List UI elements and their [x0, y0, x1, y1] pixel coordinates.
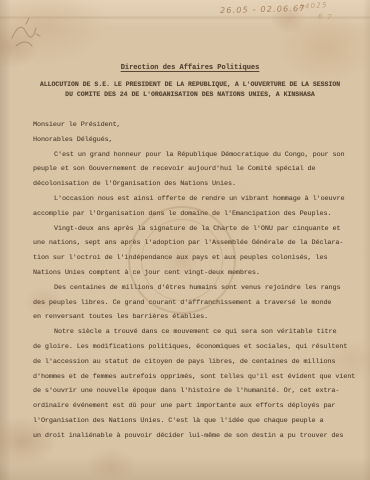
department-heading: Direction des Affaires Politiques — [33, 64, 347, 72]
typed-line: des peuples libres. Ce grand courant d'a… — [33, 296, 347, 311]
typed-line: L'occasion nous est ainsi offerte de ren… — [33, 192, 347, 207]
typed-line: Nations Unies comptent à ce jour cent vi… — [33, 266, 347, 281]
typed-line: Monsieur le Président, — [33, 118, 347, 133]
document-title-line1: ALLOCUTION DE S.E. LE PRESIDENT DE LA RE… — [33, 80, 347, 90]
typed-line: un droit inaliénable à pouvoir décider l… — [33, 429, 347, 444]
handwritten-code: A4025 — [299, 1, 328, 11]
pencil-scribble — [6, 8, 58, 54]
typed-line: accomplie par l'Organisation dans le dom… — [33, 207, 347, 222]
typed-line: de s'ouvrir une nouvelle époque dans l'h… — [33, 384, 347, 399]
typed-line: de gloire. Les modifications politiques,… — [33, 340, 347, 355]
document-content: Direction des Affaires Politiques ALLOCU… — [33, 64, 347, 444]
department-heading-text: Direction des Affaires Politiques — [121, 64, 260, 72]
typed-line: décolonisation de l'Organisation des Nat… — [33, 177, 347, 192]
typed-line: en renversant toutes les barrières établ… — [33, 310, 347, 325]
document-title-line2: DU COMITE DES 24 DE L'ORGANISATION DES N… — [33, 90, 347, 100]
handwritten-date: 26.05 - 02.06.67 — [220, 4, 306, 15]
typed-line: C'est un grand honneur pour la Républiqu… — [33, 148, 347, 163]
document-body: Monsieur le Président,Honorables Délégué… — [33, 118, 347, 444]
typed-line: tion sur l'octroi de l'indépendance aux … — [33, 251, 347, 266]
handwritten-code-secondary: 6 7 — [318, 12, 333, 21]
typed-line: l'Organisation des Nations Unies. C'est … — [33, 414, 347, 429]
typed-line: Vingt-deux ans après la signature de la … — [33, 222, 347, 237]
scanned-document-page: 26.05 - 02.06.67 A4025 6 7 Direction des… — [0, 0, 370, 480]
typed-line: une nations, sept ans après l'adoption p… — [33, 236, 347, 251]
typed-line: de l'accession au statut de citoyen de p… — [33, 355, 347, 370]
typed-line: ordinaire événement est dû pour une part… — [33, 399, 347, 414]
document-title: ALLOCUTION DE S.E. LE PRESIDENT DE LA RE… — [33, 80, 347, 99]
typed-line: peuple et son Gouvernement de recevoir a… — [33, 162, 347, 177]
typed-line: Des centaines de millions d'êtres humain… — [33, 281, 347, 296]
typed-line: d'hommes et de femmes autrefois opprimés… — [33, 370, 347, 385]
typed-line: Honorables Délégués, — [33, 133, 347, 148]
typed-line: Notre siècle a trouvé dans ce mouvement … — [33, 325, 347, 340]
